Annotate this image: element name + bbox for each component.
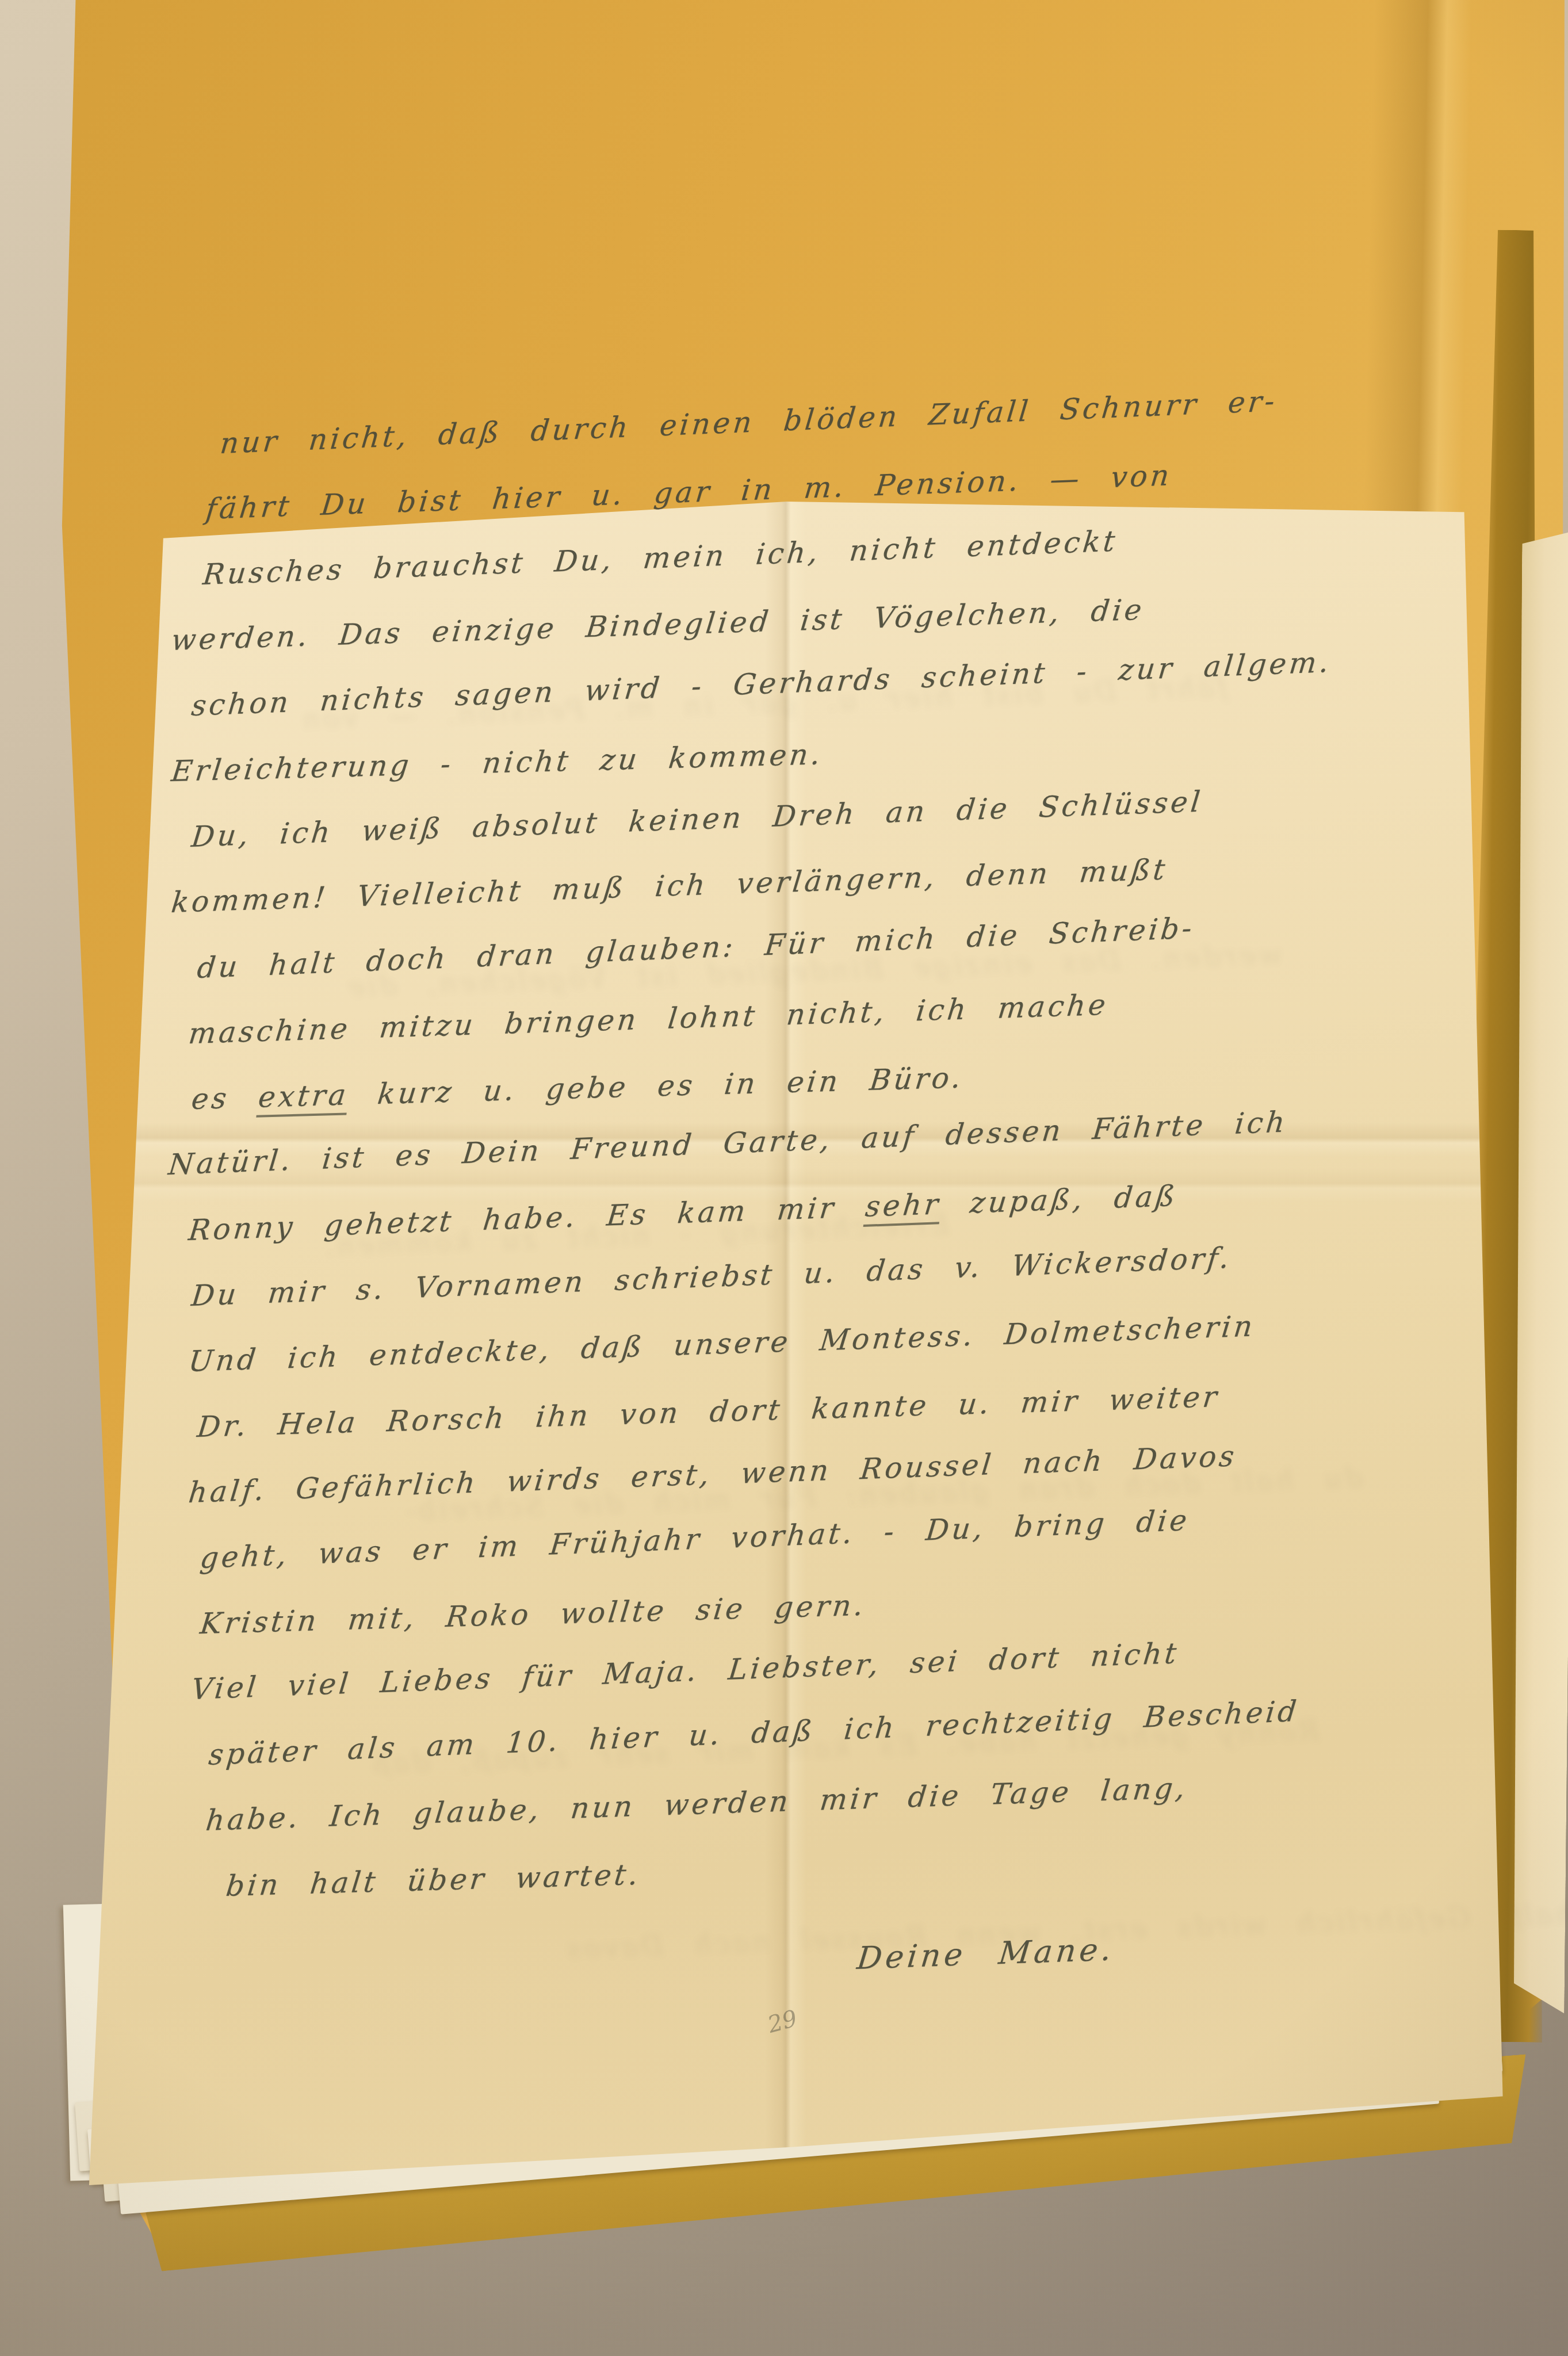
letter-line: Dr. Hela Rorsch ihn von dort kannte u. m…	[196, 1380, 1221, 1444]
letter-line: werden. Das einzige Bindeglied ist Vögel…	[170, 593, 1146, 657]
line-segment: Du, ich weiß absolut keinen Dreh an die …	[190, 785, 1204, 854]
line-segment: kurz u. gebe es in ein Büro.	[347, 1061, 966, 1111]
line-segment: Viel viel Liebes für Maja. Liebster, sei…	[190, 1636, 1181, 1706]
letter-line: fährt Du bist hier u. gar in m. Pension.…	[204, 458, 1173, 526]
line-segment: Rusches brauchst Du, mein ich, nicht ent…	[201, 524, 1119, 591]
faint-page-number: 29	[765, 2005, 800, 2038]
line-segment: Kristin mit, Roko wollte sie gern.	[198, 1588, 868, 1640]
line-segment: zupaß, daß	[939, 1179, 1180, 1221]
line-segment: werden. Das einzige Bindeglied ist Vögel…	[170, 593, 1146, 657]
line-segment: maschine mitzu bringen lohnt nicht, ich …	[187, 988, 1110, 1050]
line-segment: Erleichterung - nicht zu kommen.	[170, 737, 825, 788]
letter-line: Viel viel Liebes für Maja. Liebster, sei…	[190, 1636, 1181, 1706]
photo-of-handwritten-letter: Deine Mane. 29 nur nicht, daß durch eine…	[0, 0, 1568, 2356]
line-segment: es	[190, 1081, 261, 1116]
letter-line: kommen! Vielleicht muß ich verlängern, d…	[170, 852, 1169, 919]
letter-line: es extra kurz u. gebe es in ein Büro.	[190, 1061, 965, 1116]
letter-line: Du, ich weiß absolut keinen Dreh an die …	[190, 785, 1204, 854]
line-segment: nur nicht, daß durch einen blöden Zufall…	[219, 384, 1279, 460]
line-segment: Und ich entdeckte, daß unsere Montess. D…	[187, 1309, 1257, 1378]
line-segment: kommen! Vielleicht muß ich verlängern, d…	[170, 852, 1169, 919]
letter-line: habe. Ich glaube, nun werden mir die Tag…	[204, 1771, 1190, 1837]
line-segment: Natürl. ist es Dein Freund Garte, auf de…	[167, 1105, 1289, 1181]
underlined-word: extra	[256, 1078, 350, 1118]
letter-line: maschine mitzu bringen lohnt nicht, ich …	[187, 988, 1110, 1050]
line-segment: habe. Ich glaube, nun werden mir die Tag…	[204, 1771, 1190, 1837]
line-segment: fährt Du bist hier u. gar in m. Pension.…	[204, 458, 1173, 526]
letter-line: Rusches brauchst Du, mein ich, nicht ent…	[201, 524, 1119, 591]
letter-line: nur nicht, daß durch einen blöden Zufall…	[219, 384, 1279, 460]
letter-line: bin halt über wartet.	[224, 1858, 643, 1903]
letter-text: Deine Mane. 29 nur nicht, daß durch eine…	[0, 0, 1568, 2356]
letter-line: Natürl. ist es Dein Freund Garte, auf de…	[167, 1105, 1289, 1181]
letter-line: Kristin mit, Roko wollte sie gern.	[198, 1588, 868, 1640]
line-segment: bin halt über wartet.	[224, 1858, 643, 1903]
line-segment: Dr. Hela Rorsch ihn von dort kannte u. m…	[196, 1380, 1221, 1444]
letter-line: Erleichterung - nicht zu kommen.	[170, 737, 825, 788]
letter-line: Und ich entdeckte, daß unsere Montess. D…	[187, 1309, 1257, 1378]
